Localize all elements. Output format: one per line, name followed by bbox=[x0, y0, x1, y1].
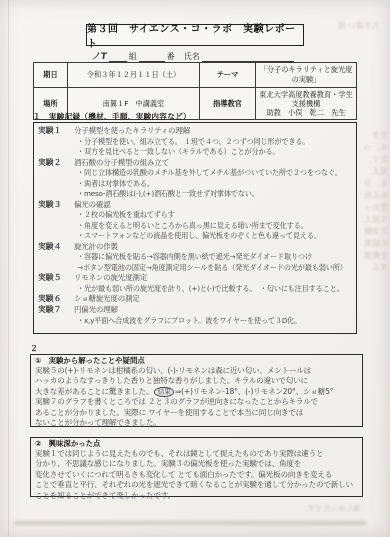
experiment-title: 分子模型を使ったキラリティの理解 bbox=[74, 126, 353, 137]
interesting-points-box: ② 興味深かった点 実験１では同じように見えたものでも、それは鏡として捉えたもの… bbox=[30, 437, 363, 497]
interesting-line: 変化させていくにつれて明るさも変化して とても面白かったです。偏光板の向きを変え… bbox=[35, 470, 359, 480]
experiment-label: 実験３ bbox=[38, 200, 74, 211]
theme-label: テーマ bbox=[200, 63, 256, 88]
experiment-entry: 実験３ 偏光の確認 ・２枚の偏光板を重ねてずらす ・角度を変えると明るいところか… bbox=[38, 200, 353, 242]
experiment-label: 実験２ bbox=[38, 158, 74, 169]
experiment-entry: 実験４ 旋光計の作製 ・容器に偏光板を貼る→容器内側を黒い紙で遮光→発光ダイオー… bbox=[38, 242, 353, 274]
report-title-box: 第３回 サイエンス・コ・ラボ 実験レポート bbox=[86, 24, 304, 46]
experiment-entry: 実験２ 酒石酸の分子模型の組み立て ・同じ立体構造の乳酸のメチル基を外してメチル… bbox=[38, 158, 353, 200]
name-line: ノT 組 番 氏名 bbox=[92, 49, 322, 62]
bleedthrough-text: 楽しかったです。 bbox=[240, 503, 360, 514]
experiment-note: ・２枚の偏光板を重ねてずらす bbox=[74, 210, 353, 221]
experiment-label: 実験５ bbox=[38, 273, 74, 284]
experiment-label: 実験７ bbox=[38, 305, 74, 316]
number-blank bbox=[139, 53, 165, 62]
interesting-line: ことを知ることができて楽しかったです。 bbox=[35, 491, 359, 501]
ban-label: 番 bbox=[167, 51, 175, 62]
findings-line: ないことが分かって理解できました。 bbox=[35, 418, 359, 428]
interesting-line: 分かり、不思議な感じになりました。実験３の偏光板を使った実験では、角度を bbox=[35, 459, 359, 469]
date-value: 令和３年１２月１１日（土） bbox=[68, 63, 200, 88]
experiment-label: 実験６ bbox=[38, 294, 74, 305]
instructor-org: 東北大学高度教養教育・学生支援機構 bbox=[257, 90, 355, 108]
findings-line: あることが分かりました。実際に ワイヤーを使用することで本当に同じ向きでは bbox=[35, 408, 359, 418]
scanned-report-page: 大き違い 度 できる。つなぐ。見える、分かる色変わって見えた実験の結果を確認する… bbox=[0, 0, 390, 537]
experiment-record-box: 実験１ 分子模型を使ったキラリティの理解 ・分子模型を使い、組み立てる。 １班で… bbox=[33, 122, 357, 334]
circled-result-label: 結果 bbox=[154, 387, 174, 398]
experiment-note: ・両者は対掌体である。 bbox=[74, 179, 353, 190]
experiment-label: 実験１ bbox=[38, 126, 74, 137]
interesting-line: ことで垂直と平行、それぞれの光を遮光できて暗くなることが実験を通して分かったので… bbox=[35, 480, 359, 490]
findings-heading: ① 実験から解ったことや疑問点 bbox=[35, 356, 359, 366]
findings-line: 実験５の(+)-リモネンは柑橘系の匂い、(-)-リモネンは森に近い匂い、メントー… bbox=[35, 366, 359, 376]
experiment-note: ・容器に偏光板を貼る→容器内側を黒い紙で遮光→発光ダイオード取りつけ bbox=[74, 252, 353, 263]
instructor-value: 東北大学高度教養教育・学生支援機構 助教 小俣 乾二 先生 bbox=[256, 88, 357, 120]
experiment-note: ・スマートフォンなどの液晶を使用し、偏光板をのぞくと色も違って見える。 bbox=[74, 231, 353, 242]
experiment-note: ・双方を見比べると一致しない（キラルである）ことが分かる。 bbox=[74, 147, 353, 158]
experiment-title: 酒石酸の分子模型の組み立て bbox=[74, 158, 353, 169]
scan-edge-artifact bbox=[8, 0, 9, 537]
experiment-note: ・meso-酒石酸は(-),(+)酒石酸と一致せず対掌体でない。 bbox=[74, 189, 353, 200]
instructor-label: 指導教官 bbox=[200, 88, 256, 120]
table-row: 期日 令和３年１２月１１日（土） テーマ 「分子のキラリティと旋光度の実験」 bbox=[34, 63, 357, 88]
experiment-title: 円偏光の理解 bbox=[74, 305, 353, 316]
findings-line: 実験７のグラフを書くところでは ２と３のグラフが逆向きになったことからキラルで bbox=[35, 397, 359, 407]
date-label: 期日 bbox=[34, 63, 68, 88]
experiment-title: 偏光の確認 bbox=[74, 200, 353, 211]
class-blank bbox=[109, 53, 127, 62]
experiment-entry: 実験１ 分子模型を使ったキラリティの理解 ・分子模型を使い、組み立てる。 １班で… bbox=[38, 126, 353, 158]
interesting-line: 実験１では同じように見えたものでも、それは鏡として捉えたものであり実際は違うと bbox=[35, 449, 359, 459]
experiment-note: ・光が最も弱い所の旋光度を計り、(+)と(-)で比較する。 ・匂いにも注目するこ… bbox=[74, 284, 353, 295]
theme-value: 「分子のキラリティと旋光度の実験」 bbox=[256, 63, 357, 88]
findings-line-pre: 大きな差があることに驚きました。 bbox=[35, 387, 153, 396]
name-label: 氏名 bbox=[184, 51, 200, 62]
experiment-label: 実験４ bbox=[38, 242, 74, 253]
section1-heading: １ 実験記録（機材、手順、実験内容など） bbox=[33, 111, 191, 122]
experiment-note: ・角度を変えると明るいところから真っ黒に見える暗い所まで変化する。 bbox=[74, 221, 353, 232]
findings-line-post: ⇒(+)リモネン-18°、(-)リモネン20°、ショ糖5° bbox=[175, 387, 333, 396]
experiment-entry: 実験６ ショ糖旋光度の測定 bbox=[38, 294, 353, 305]
experiment-title: ショ糖旋光度の測定 bbox=[74, 294, 353, 305]
bleedthrough-text: 大き違い 度 bbox=[300, 20, 380, 31]
report-title: 第３回 サイエンス・コ・ラボ 実験レポート bbox=[87, 20, 303, 50]
interesting-points-heading: ② 興味深かった点 bbox=[35, 439, 359, 449]
scan-streak-artifact bbox=[14, 521, 366, 525]
experiment-note: →ボタン型電池の固定→角度測定用シールを貼る（発光ダイオードの光が最も弱い所） bbox=[74, 263, 353, 274]
experiment-note: ・x,y平面へ合成波をグラフにプロット。波をワイヤーを使って３D化。 bbox=[74, 316, 353, 327]
bleedthrough-text: できる。つなぐ。見える、分かる色変わって見えた実験の結果を確認する bbox=[358, 130, 388, 274]
kumi-label: 組 bbox=[129, 51, 137, 62]
experiment-title: 旋光計の作製 bbox=[74, 242, 353, 253]
name-blank bbox=[202, 53, 294, 62]
experiment-note: ・分子模型を使い、組み立てる。 １班で４つ、２つずつ同じ形ができる。 bbox=[74, 137, 353, 148]
findings-line: ハッカのようなすっきりした香りと独特な香りがしました。キラルの違いで匂いに bbox=[35, 376, 359, 386]
handwritten-class-mark: ノT bbox=[91, 49, 108, 62]
findings-line: 大きな差があることに驚きました。結果⇒(+)リモネン-18°、(-)リモネン20… bbox=[35, 387, 359, 398]
findings-box: ① 実験から解ったことや疑問点 実験５の(+)-リモネンは柑橘系の匂い、(-)-… bbox=[30, 354, 363, 427]
section2-number: ２ bbox=[30, 343, 38, 354]
experiment-note: ・同じ立体構造の乳酸のメチル基を外してメチル基がついていた所で２つをつなぐ。 bbox=[74, 168, 353, 179]
experiment-entry: 実験５ リモネンの旋光度測定 ・光が最も弱い所の旋光度を計り、(+)と(-)で比… bbox=[38, 273, 353, 294]
instructor-name: 助教 小俣 乾二 先生 bbox=[257, 108, 355, 117]
experiment-title: リモネンの旋光度測定 bbox=[74, 273, 353, 284]
experiment-entry: 実験７ 円偏光の理解 ・x,y平面へ合成波をグラフにプロット。波をワイヤーを使っ… bbox=[38, 305, 353, 326]
